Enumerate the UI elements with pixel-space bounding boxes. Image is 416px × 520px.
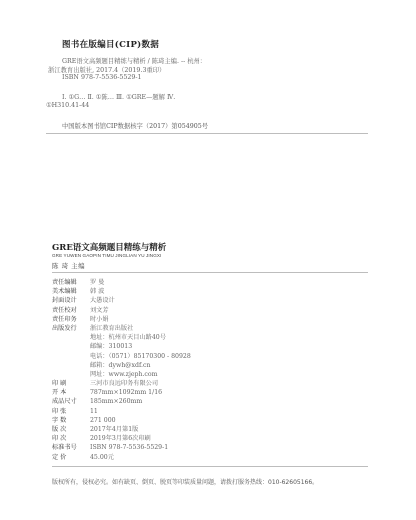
info-row: 邮箱：dywh@xdf.cn [52,361,191,370]
info-row: 印 张11 [52,407,191,416]
cip-line: 浙江教育出版社, 2017.4（2019.3重印） [48,65,165,74]
info-label [52,370,90,379]
cip-title: 图书在版编目(CIP)数据 [62,38,159,50]
info-row: 责任校对刘文芳 [52,306,191,315]
info-value: 三河市良远印务有限公司 [90,379,158,388]
divider [52,466,368,467]
info-row: 地址：杭州市天目山路40号 [52,333,191,342]
info-value: 韩 波 [90,287,104,296]
info-value: 185mm×260mm [90,397,142,406]
info-row: 标准书号ISBN 978-7-5536-5529-1 [52,443,191,452]
divider [46,133,368,134]
info-row: 美术编辑韩 波 [52,287,191,296]
cip-number: 中国版本图书馆CIP数据核字（2017）第054905号 [62,121,208,130]
info-row: 成品尺寸185mm×260mm [52,397,191,406]
cip-line: ISBN 978-7-5536-5529-1 [62,74,142,81]
info-value: 浙江教育出版社 [90,324,133,333]
info-value: 2017年4月第1版 [90,425,138,434]
info-value: 11 [90,407,98,416]
colophon-table: 责任编辑罗 曼 美术编辑韩 波 封面设计大愚设计 责任校对刘文芳 责任印务时小娟… [52,278,191,462]
info-label: 成品尺寸 [52,397,90,406]
info-row: 责任印务时小娟 [52,315,191,324]
info-value: ISBN 978-7-5536-5529-1 [90,443,168,452]
info-value: 2019年3月第6次印刷 [90,434,151,443]
info-label: 定 价 [52,453,90,462]
book-pinyin: GRE YUWEN GAOPIN TIMU JINGLIAN YU JINGXI [52,253,161,258]
info-row: 邮编：310013 [52,342,191,351]
info-value: 时小娟 [90,315,109,324]
info-row: 定 价45.00元 [52,453,191,462]
info-row: 印 次2019年3月第6次印刷 [52,434,191,443]
info-label: 版 次 [52,425,90,434]
info-value: 地址：杭州市天目山路40号 [90,333,166,342]
info-row: 版 次2017年4月第1版 [52,425,191,434]
info-value: 787mm×1092mm 1/16 [90,388,162,397]
info-value: 刘文芳 [90,306,109,315]
info-label: 责任校对 [52,306,90,315]
info-label: 印 张 [52,407,90,416]
info-label: 出版发行 [52,324,90,333]
info-label: 字 数 [52,416,90,425]
info-row: 开 本787mm×1092mm 1/16 [52,388,191,397]
info-label: 印 刷 [52,379,90,388]
cip-line: Ⅰ. ①G… Ⅱ. ①陈… Ⅲ. ①GRE—题解 Ⅳ. [62,92,175,101]
info-label: 开 本 [52,388,90,397]
info-value: 邮箱：dywh@xdf.cn [90,361,150,370]
info-row: 网址：www.zjeph.com [52,370,191,379]
info-value: 45.00元 [90,453,114,462]
divider [52,272,368,273]
info-label: 标准书号 [52,443,90,452]
info-row: 字 数271 000 [52,416,191,425]
info-value: 网址：www.zjeph.com [90,370,158,379]
copyright-notice: 版权所有，侵权必究。如有缺页、倒页、脱页等印装质量问题，请拨打服务热线：010-… [52,477,318,486]
cip-line: ①H310.41-44 [46,102,89,109]
info-row: 责任编辑罗 曼 [52,278,191,287]
info-label: 美术编辑 [52,287,90,296]
info-value: 大愚设计 [90,296,115,305]
info-label [52,333,90,342]
info-label: 责任印务 [52,315,90,324]
info-value: 电话：（0571）85170300 - 80928 [90,352,191,361]
info-row: 出版发行浙江教育出版社 [52,324,191,333]
info-label [52,361,90,370]
info-label [52,352,90,361]
info-value: 邮编：310013 [90,342,132,351]
cip-line: GRE语文高频题目精练与精析 / 陈琦主编. -- 杭州： [62,56,206,65]
info-label [52,342,90,351]
info-label: 印 次 [52,434,90,443]
info-label: 封面设计 [52,296,90,305]
info-value: 271 000 [90,416,116,425]
info-row: 封面设计大愚设计 [52,296,191,305]
info-value: 罗 曼 [90,278,104,287]
info-label: 责任编辑 [52,278,90,287]
info-row: 印 刷三河市良远印务有限公司 [52,379,191,388]
book-author: 陈 琦 主编 [52,261,85,270]
info-row: 电话：（0571）85170300 - 80928 [52,352,191,361]
book-title: GRE语文高频题目精练与精析 [52,241,166,253]
